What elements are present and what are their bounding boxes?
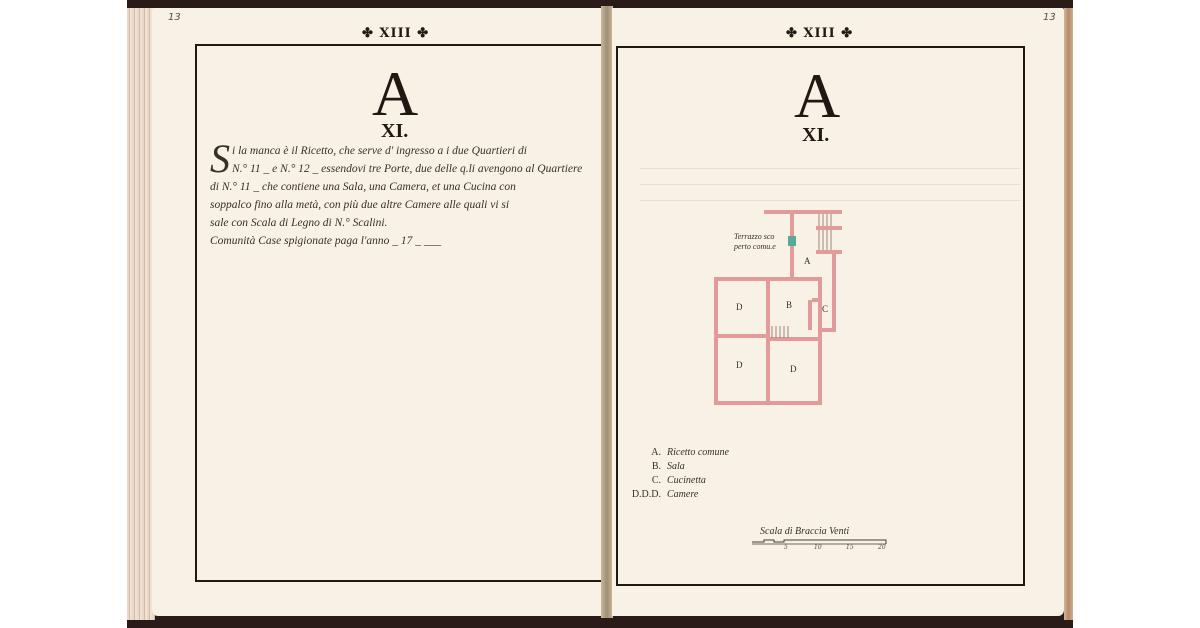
left-description-text: S i la manca è il Ricetto, che serve d' … <box>210 142 605 250</box>
right-folio-number: 13 <box>1043 12 1056 23</box>
legend-item: B.Sala <box>625 460 729 474</box>
scale-bar: 5 10 15 20 <box>750 536 890 556</box>
text-line: N.° 11 _ e N.° 12 _ essendovi tre Porte,… <box>210 160 605 178</box>
text-line: sale con Scala di Legno di N.° Scalini. <box>210 214 605 232</box>
svg-text:A: A <box>804 256 811 266</box>
svg-text:D: D <box>736 302 743 312</box>
scale-tick: 10 <box>814 544 822 551</box>
cistern <box>788 236 796 246</box>
terrace-annotation: Terrazzo sco perto comu.e <box>734 232 776 252</box>
text-line: soppalco fino alla metà, con più due alt… <box>210 196 605 214</box>
right-section-letter: A <box>794 64 840 128</box>
page-edges-left <box>127 8 155 620</box>
legend-item: C.Cucinetta <box>625 474 729 488</box>
annotation-line: Terrazzo sco <box>734 232 776 242</box>
text-line: i la manca è il Ricetto, che serve d' in… <box>210 142 605 160</box>
legend-key: D.D.D. <box>625 488 661 502</box>
left-folio-number: 13 <box>168 12 181 23</box>
left-section-numeral: XI. <box>381 120 408 143</box>
svg-text:D: D <box>736 360 743 370</box>
footer-line: Comunità Case spigionate paga l'anno _ 1… <box>210 232 605 250</box>
svg-text:D: D <box>790 364 797 374</box>
svg-text:C: C <box>822 304 828 314</box>
legend-label: Cucinetta <box>667 475 706 486</box>
floor-plan: A B C D D D <box>706 208 856 412</box>
plan-legend: A.Ricetto comune B.Sala C.Cucinetta D.D.… <box>625 446 729 502</box>
legend-label: Sala <box>667 461 685 472</box>
legend-item: D.D.D.Camere <box>625 488 729 502</box>
legend-key: B. <box>625 460 661 474</box>
legend-key: C. <box>625 474 661 488</box>
svg-text:B: B <box>786 300 792 310</box>
text-line: di N.° 11 _ che contiene una Sala, una C… <box>210 178 605 196</box>
right-page-header: ✤ XIII ✤ <box>786 26 853 41</box>
bleed-through-text <box>640 160 1020 210</box>
scale-tick: 15 <box>846 544 854 551</box>
legend-item: A.Ricetto comune <box>625 446 729 460</box>
floor-plan-drawing: A B C D D D <box>706 208 856 408</box>
legend-label: Ricetto comune <box>667 447 729 458</box>
legend-label: Camere <box>667 489 698 500</box>
dropcap: S <box>210 142 230 176</box>
left-section-letter: A <box>372 62 418 126</box>
left-page-header: ✤ XIII ✤ <box>362 26 429 41</box>
scale-tick: 20 <box>878 544 886 551</box>
scale-tick: 5 <box>784 544 788 551</box>
annotation-line: perto comu.e <box>734 242 776 252</box>
right-section-numeral: XI. <box>802 124 829 147</box>
legend-key: A. <box>625 446 661 460</box>
page-edges-right <box>1064 8 1073 620</box>
